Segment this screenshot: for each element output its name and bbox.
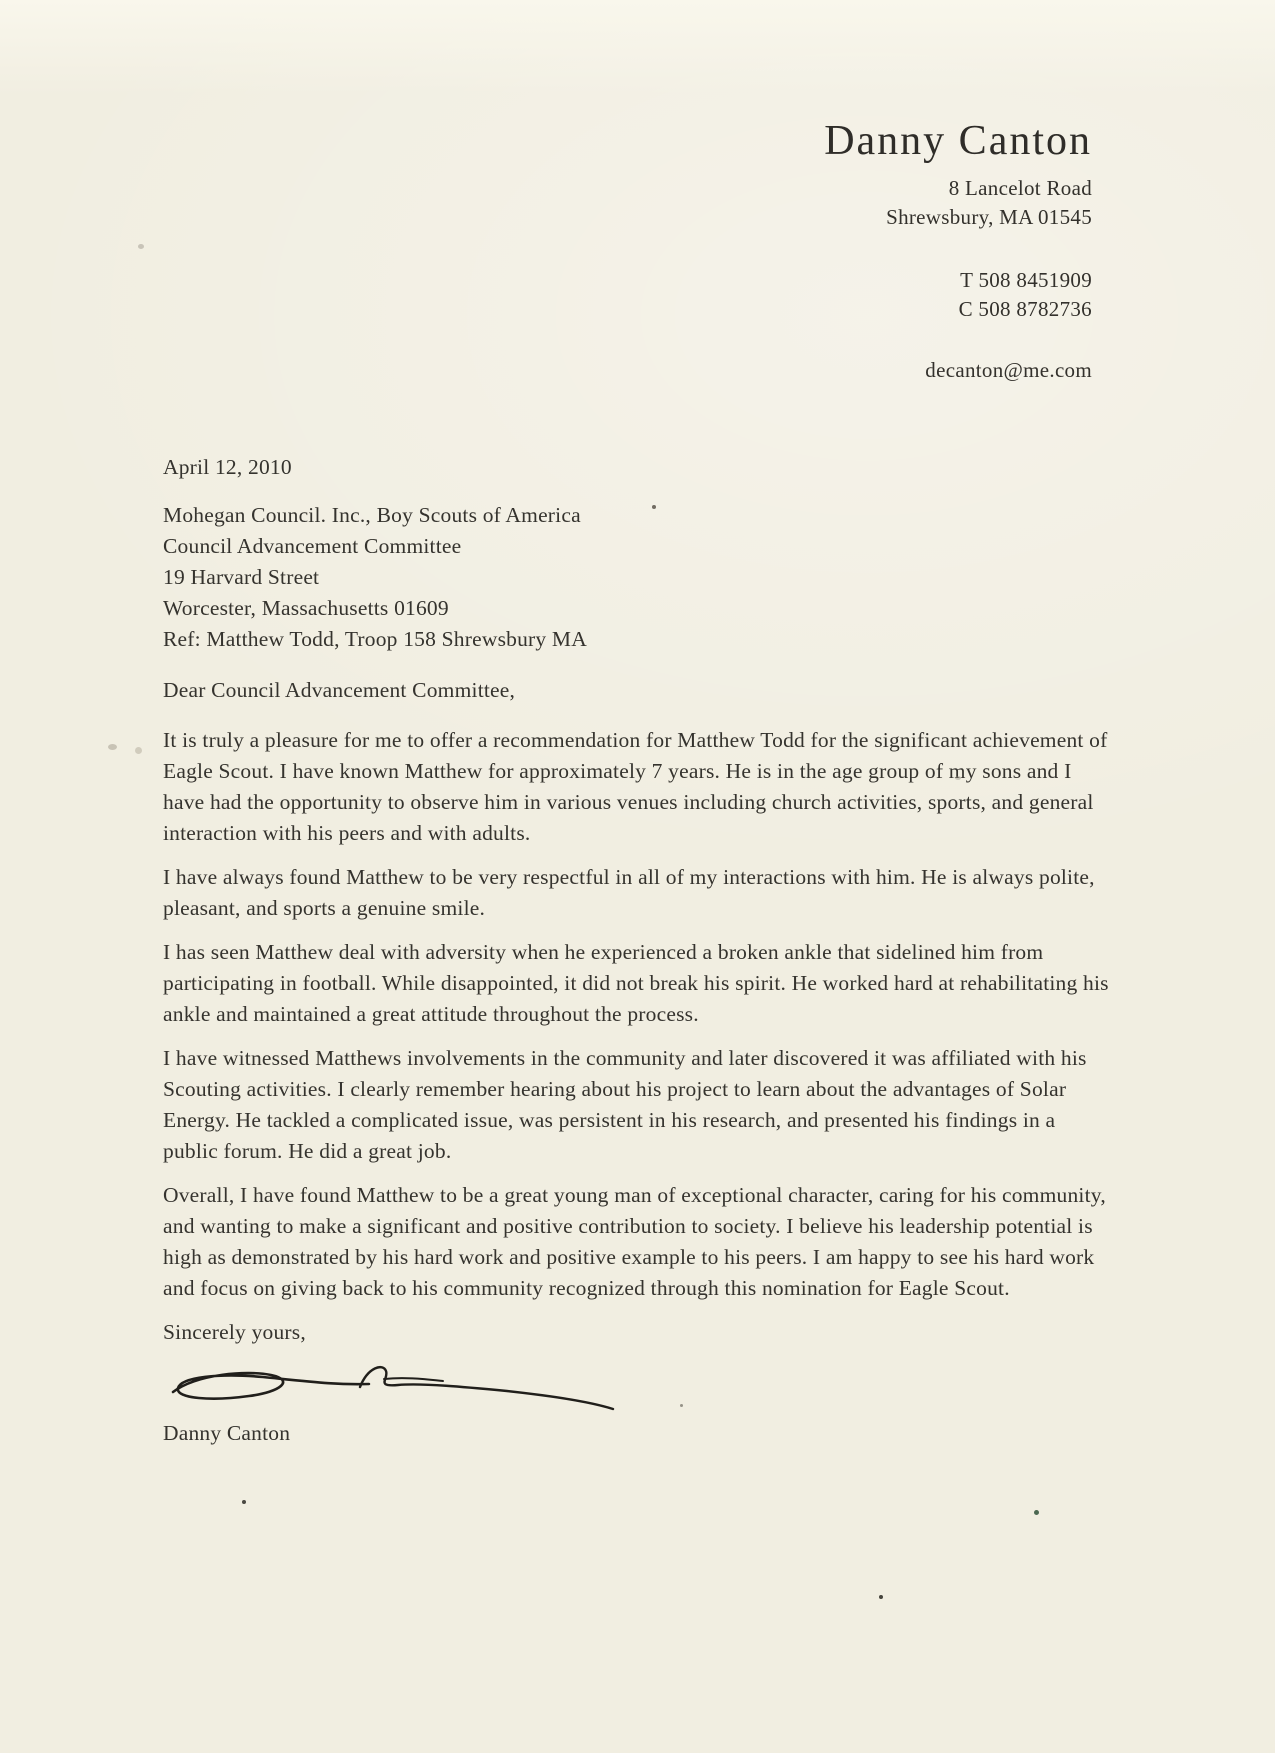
closing: Sincerely yours, (163, 1317, 1115, 1348)
scan-speck (138, 244, 144, 249)
scan-speck (108, 744, 117, 750)
sender-address-line: Shrewsbury, MA 01545 (824, 203, 1092, 232)
sender-address-line: 8 Lancelot Road (824, 174, 1092, 203)
scan-top-edge (0, 0, 1275, 95)
body-paragraph: I have always found Matthew to be very r… (163, 862, 1115, 924)
sender-phone-line: T 508 8451909 (824, 266, 1092, 295)
body-paragraph: It is truly a pleasure for me to offer a… (163, 725, 1115, 849)
recipient-line: Council Advancement Committee (163, 531, 1115, 562)
scan-speck (1034, 1510, 1039, 1515)
sender-address: 8 Lancelot Road Shrewsbury, MA 01545 (824, 174, 1092, 232)
recipient-line: 19 Harvard Street (163, 562, 1115, 593)
salutation: Dear Council Advancement Committee, (163, 675, 1115, 706)
letter-date: April 12, 2010 (163, 452, 1115, 483)
scan-speck (879, 1595, 883, 1599)
letterhead: Danny Canton 8 Lancelot Road Shrewsbury,… (824, 118, 1092, 383)
sender-email: decanton@me.com (824, 358, 1092, 383)
letter-body: April 12, 2010 Mohegan Council. Inc., Bo… (163, 452, 1115, 1449)
recipient-line: Ref: Matthew Todd, Troop 158 Shrewsbury … (163, 624, 1115, 655)
scan-speck (242, 1500, 246, 1504)
sender-name: Danny Canton (824, 118, 1092, 164)
sender-phones: T 508 8451909 C 508 8782736 (824, 266, 1092, 324)
signature (155, 1358, 1115, 1416)
recipient-line: Mohegan Council. Inc., Boy Scouts of Ame… (163, 500, 1115, 531)
body-paragraph: I have witnessed Matthews involvements i… (163, 1043, 1115, 1167)
recipient-block: Mohegan Council. Inc., Boy Scouts of Ame… (163, 500, 1115, 655)
sender-phone-line: C 508 8782736 (824, 295, 1092, 324)
body-paragraph: Overall, I have found Matthew to be a gr… (163, 1180, 1115, 1304)
letter-page: Danny Canton 8 Lancelot Road Shrewsbury,… (0, 0, 1275, 1753)
signer-name: Danny Canton (163, 1418, 1115, 1449)
scan-speck (135, 747, 142, 754)
body-paragraph: I has seen Matthew deal with adversity w… (163, 937, 1115, 1030)
recipient-line: Worcester, Massachusetts 01609 (163, 593, 1115, 624)
signature-stroke-icon (155, 1358, 625, 1416)
